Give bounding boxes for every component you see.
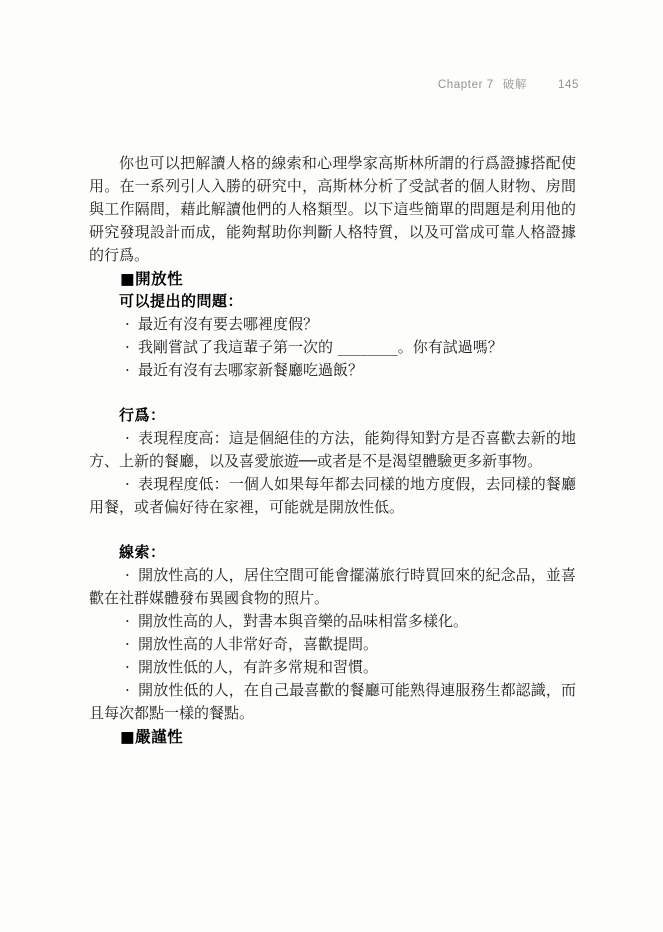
- clue-text: 開放性高的人，居住空間可能會擺滿旅行時買回來的紀念品，並喜歡在社群媒體發布異國食…: [89, 566, 576, 607]
- chapter-title: 破解: [503, 76, 527, 92]
- question-text: 最近有沒有去哪家新餐廳吃過飯？: [138, 361, 363, 379]
- behavior-text: 表現程度高：這是個絕佳的方法，能夠得知對方是否喜歡去新的地方、上新的餐廳，以及喜…: [89, 429, 576, 470]
- clue-text: 開放性高的人非常好奇，喜歡提問。: [138, 635, 378, 653]
- behavior-text: 表現程度低：一個人如果每年都去同樣的地方度假，去同樣的餐廳用餐，或者偏好待在家裡…: [89, 475, 576, 516]
- clue-text: 開放性低的人，在自己最喜歡的餐廳可能熟得連服務生都認識，而且每次都點一樣的餐點。: [89, 681, 576, 722]
- running-header: Chapter 7 破解 145: [0, 76, 579, 92]
- page-number: 145: [558, 79, 579, 91]
- intro-paragraph: 你也可以把解讀人格的線索和心理學家高斯林所謂的行爲證據搭配使用。在一系列引人入勝…: [89, 152, 576, 267]
- section-title-openness: ■開放性: [89, 267, 576, 290]
- chapter-label: Chapter 7: [438, 79, 494, 91]
- question-item: ·最近有沒有要去哪裡度假？: [89, 313, 576, 336]
- bullet-dot-icon: ·: [125, 361, 130, 379]
- behavior-item: ·表現程度低：一個人如果每年都去同樣的地方度假，去同樣的餐廳用餐，或者偏好待在家…: [89, 473, 576, 519]
- bullet-dot-icon: ·: [125, 635, 130, 653]
- bullet-dot-icon: ·: [125, 475, 130, 493]
- book-page: Chapter 7 破解 145 你也可以把解讀人格的線索和心理學家高斯林所謂的…: [0, 0, 663, 932]
- clues-heading: 線索：: [89, 541, 576, 564]
- clue-item: ·開放性低的人，在自己最喜歡的餐廳可能熟得連服務生都認識，而且每次都點一樣的餐點…: [89, 679, 576, 725]
- question-item: ·最近有沒有去哪家新餐廳吃過飯？: [89, 359, 576, 382]
- question-text: 我剛嘗試了我這輩子第一次的 ________。你有試過嗎？: [138, 338, 503, 356]
- clue-item: ·開放性高的人，居住空間可能會擺滿旅行時買回來的紀念品，並喜歡在社群媒體發布異國…: [89, 564, 576, 610]
- questions-heading: 可以提出的問題：: [89, 290, 576, 313]
- bullet-dot-icon: ·: [125, 566, 130, 584]
- bullet-dot-icon: ·: [125, 429, 130, 447]
- clue-text: 開放性高的人，對書本與音樂的品味相當多樣化。: [138, 612, 468, 630]
- clue-item: ·開放性高的人，對書本與音樂的品味相當多樣化。: [89, 610, 576, 633]
- bullet-dot-icon: ·: [125, 338, 130, 356]
- behavior-heading: 行爲：: [89, 404, 576, 427]
- clue-item: ·開放性高的人非常好奇，喜歡提問。: [89, 633, 576, 656]
- question-item: ·我剛嘗試了我這輩子第一次的 ________。你有試過嗎？: [89, 336, 576, 359]
- bullet-dot-icon: ·: [125, 612, 130, 630]
- page-content: 你也可以把解讀人格的線索和心理學家高斯林所謂的行爲證據搭配使用。在一系列引人入勝…: [89, 152, 576, 748]
- bullet-dot-icon: ·: [125, 315, 130, 333]
- section-title-conscientiousness: ■嚴謹性: [89, 725, 576, 748]
- clue-text: 開放性低的人，有許多常規和習慣。: [138, 658, 378, 676]
- question-text: 最近有沒有要去哪裡度假？: [138, 315, 318, 333]
- behavior-item: ·表現程度高：這是個絕佳的方法，能夠得知對方是否喜歡去新的地方、上新的餐廳，以及…: [89, 427, 576, 473]
- clue-item: ·開放性低的人，有許多常規和習慣。: [89, 656, 576, 679]
- bullet-dot-icon: ·: [125, 681, 130, 699]
- bullet-dot-icon: ·: [125, 658, 130, 676]
